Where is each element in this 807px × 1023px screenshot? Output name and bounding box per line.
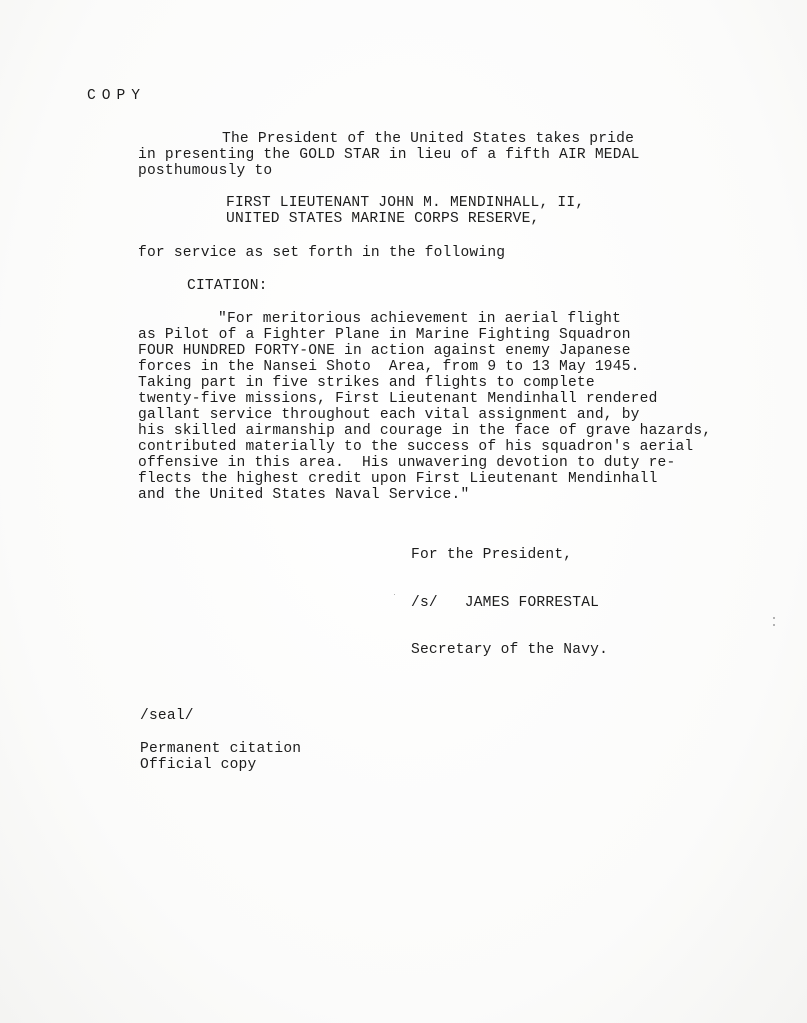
footer-line-1: Permanent citation <box>140 741 301 757</box>
citation-line-2: as Pilot of a Fighter Plane in Marine Fi… <box>138 327 631 343</box>
footer-line-2: Official copy <box>140 757 256 773</box>
intro-line-3: posthumously to <box>138 163 272 179</box>
copy-mark: COPY <box>87 88 146 104</box>
paper-speck <box>394 594 395 595</box>
paper-speck <box>773 617 775 619</box>
service-line: for service as set forth in the followin… <box>138 245 505 261</box>
intro-line-1: The President of the United States takes… <box>222 131 634 147</box>
signature-title-line: Secretary of the Navy. <box>411 642 608 658</box>
citation-line-6: twenty-five missions, First Lieutenant M… <box>138 391 658 407</box>
recipient-name: FIRST LIEUTENANT JOHN M. MENDINHALL, II, <box>226 195 584 211</box>
citation-line-7: gallant service throughout each vital as… <box>138 407 640 423</box>
signature-signed-line: /s/ JAMES FORRESTAL <box>411 595 599 611</box>
citation-line-11: flects the highest credit upon First Lie… <box>138 471 658 487</box>
citation-line-8: his skilled airmanship and courage in th… <box>138 423 711 439</box>
citation-line-4: forces in the Nansei Shoto Area, from 9 … <box>138 359 640 375</box>
intro-line-2: in presenting the GOLD STAR in lieu of a… <box>138 147 640 163</box>
citation-line-10: offensive in this area. His unwavering d… <box>138 455 675 471</box>
citation-line-9: contributed materially to the success of… <box>138 439 693 455</box>
signature-for-line: For the President, <box>411 547 572 563</box>
seal-mark: /seal/ <box>140 708 194 724</box>
citation-document-page: COPY The President of the United States … <box>0 0 807 1023</box>
citation-heading: CITATION: <box>187 278 268 294</box>
recipient-unit: UNITED STATES MARINE CORPS RESERVE, <box>226 211 540 227</box>
paper-speck <box>773 624 775 626</box>
citation-line-3: FOUR HUNDRED FORTY-ONE in action against… <box>138 343 631 359</box>
citation-line-5: Taking part in five strikes and flights … <box>138 375 595 391</box>
citation-line-1: "For meritorious achievement in aerial f… <box>218 311 621 327</box>
citation-line-12: and the United States Naval Service." <box>138 487 469 503</box>
